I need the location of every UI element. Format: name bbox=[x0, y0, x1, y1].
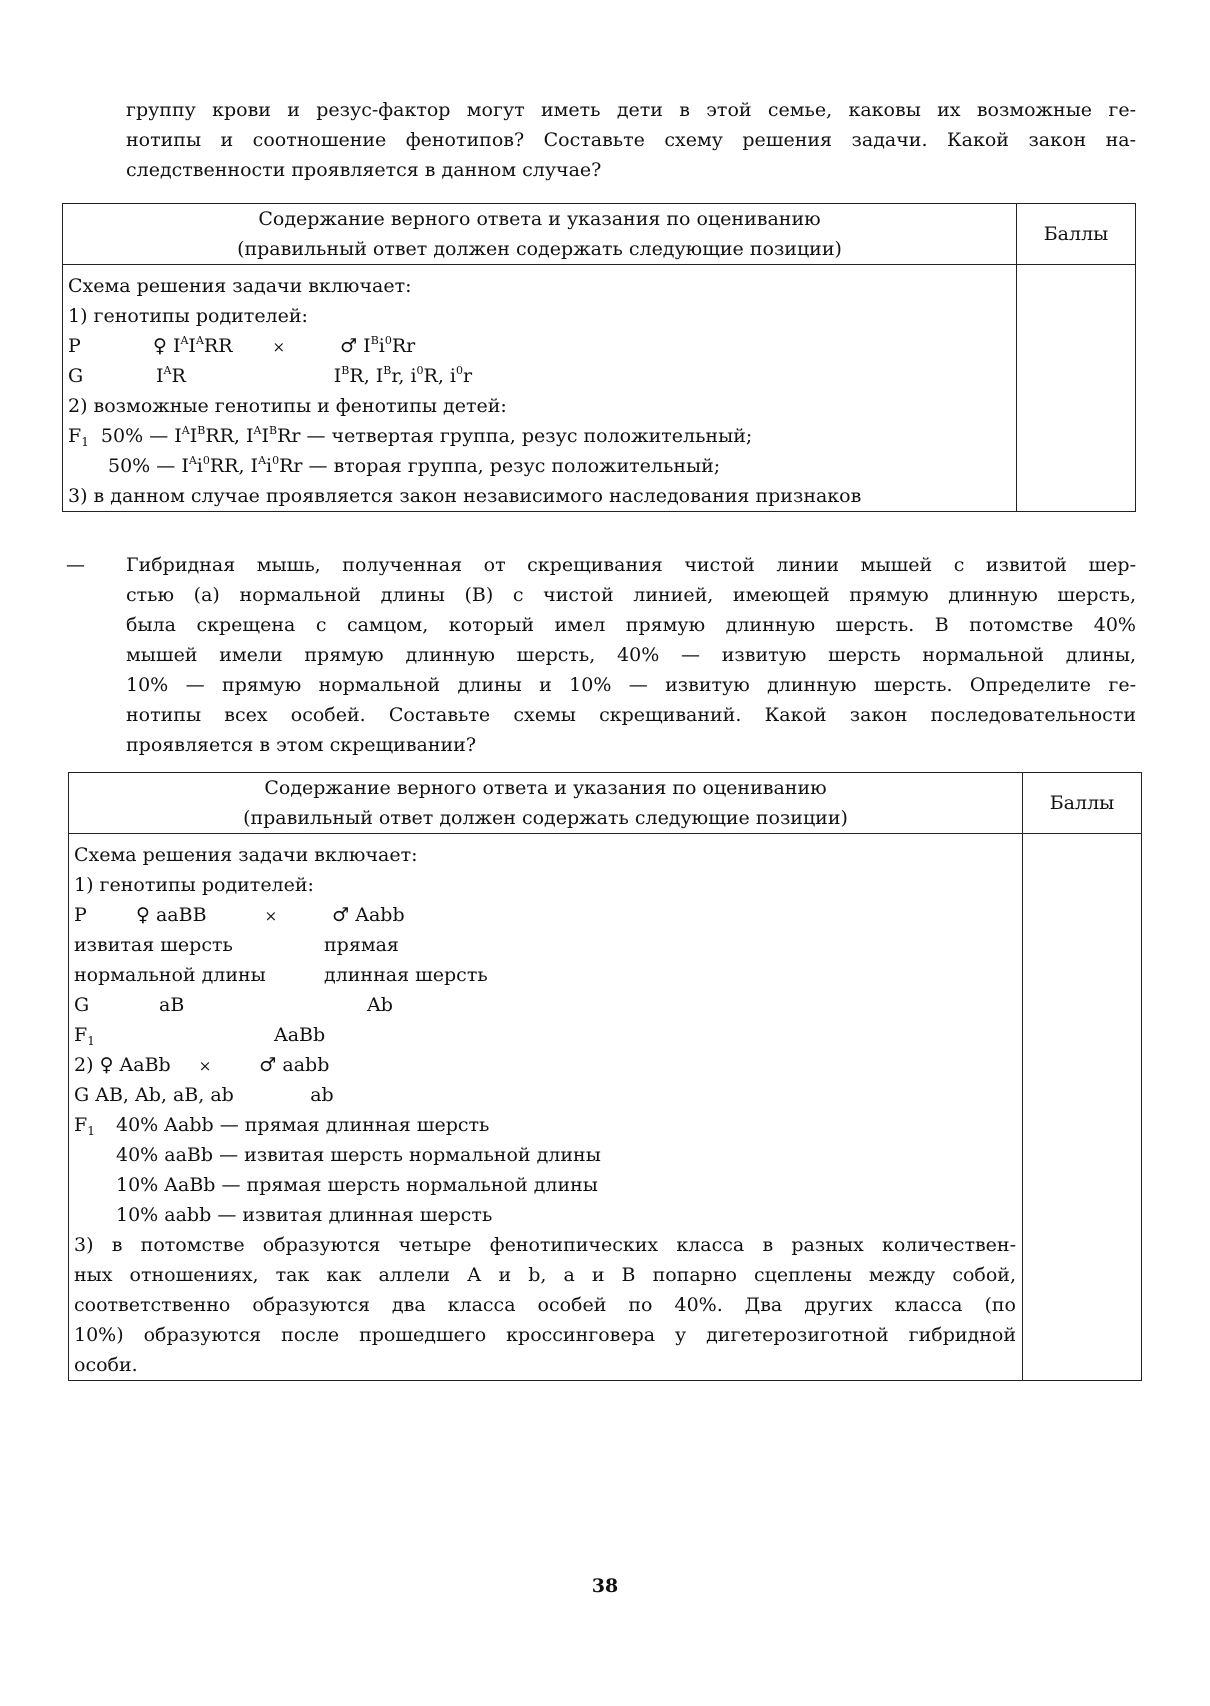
gametes-row: GIARIBR, IBr, i0R, i0r bbox=[68, 361, 1010, 391]
f1-subscript: 1 bbox=[87, 1034, 95, 1048]
paragraph-line: следственности проявляется в данном случ… bbox=[126, 155, 1136, 185]
f1-row1-percent: 50% bbox=[101, 425, 143, 447]
f1-row-1: F1 50% — IAIBRR, IAIBRr — четвертая груп… bbox=[68, 421, 1010, 451]
f1-label: F bbox=[74, 1114, 87, 1136]
offspring-genotype: Aabb bbox=[164, 1114, 213, 1136]
offspring-genotype: aaBb bbox=[164, 1144, 213, 1166]
cross-symbol: × bbox=[265, 907, 278, 925]
cross-symbol: × bbox=[273, 338, 286, 356]
task2-paragraph: Гибридная мышь, полученная от скрещивани… bbox=[126, 550, 1136, 760]
offspring-genotype: AaBb bbox=[164, 1174, 215, 1196]
f1-row2-percent: 50% bbox=[108, 455, 150, 477]
offspring-row: F140% Aabb — прямая длинная шерсть bbox=[74, 1110, 1016, 1140]
f1-row2-desc: — вторая группа, резус положительный; bbox=[309, 455, 721, 477]
g2-label: G bbox=[74, 1084, 89, 1106]
male-phenotype-2: длинная шерсть bbox=[324, 964, 488, 986]
male-genotype: Aabb bbox=[355, 904, 404, 926]
f1-genotype: AaBb bbox=[274, 1024, 325, 1046]
step1-label: 1) генотипы родителей: bbox=[74, 870, 1016, 900]
content-header-line1: Содержание верного ответа и указания по … bbox=[69, 773, 1022, 803]
g2-female-gametes: AB, Ab, aB, ab bbox=[95, 1080, 310, 1110]
offspring-percent: 10% bbox=[116, 1204, 158, 1226]
offspring-desc: — прямая шерсть нормальной длины bbox=[222, 1174, 598, 1196]
offspring-percent: 10% bbox=[116, 1174, 158, 1196]
offspring-row: 40% aaBb — извитая шерсть нормальной дли… bbox=[74, 1140, 1016, 1170]
parents-row: P♀ IAIARR×♂ IBi0Rr bbox=[68, 331, 1010, 361]
answer-table-2: Содержание верного ответа и указания по … bbox=[68, 772, 1142, 1381]
offspring-percent: 40% bbox=[116, 1114, 158, 1136]
cross-symbol: × bbox=[199, 1057, 212, 1075]
step3-text: 3) в данном случае проявляется закон нез… bbox=[68, 481, 1010, 511]
female-phenotype-1: извитая шерсть bbox=[74, 930, 324, 960]
paragraph-line: стью (а) нормальной длины (В) с чистой л… bbox=[126, 580, 1136, 610]
offspring-desc: — извитая шерсть нормальной длины bbox=[219, 1144, 601, 1166]
scheme-intro: Схема решения задачи включает: bbox=[68, 271, 1010, 301]
male-symbol-icon: ♂ bbox=[259, 1054, 276, 1076]
f1-subscript: 1 bbox=[87, 1124, 95, 1138]
f1-row-2: 50% — IAi0RR, IAi0Rr — вторая группа, ре… bbox=[68, 451, 1010, 481]
parents-row: P♀ aaBB×♂ Aabb bbox=[74, 900, 1016, 930]
female-genotype: aaBB bbox=[156, 904, 207, 926]
f1-label: F bbox=[68, 425, 81, 447]
intro-paragraph: группу крови и резус-фактор могут иметь … bbox=[126, 95, 1136, 185]
phenotype-row-2: нормальной длиныдлинная шерсть bbox=[74, 960, 1016, 990]
list-dash: — bbox=[66, 550, 85, 580]
f1-row: F1AaBb bbox=[74, 1020, 1016, 1050]
table-row: Схема решения задачи включает: 1) геноти… bbox=[69, 834, 1142, 1381]
phenotype-row-1: извитая шерстьпрямая bbox=[74, 930, 1016, 960]
content-header-line1: Содержание верного ответа и указания по … bbox=[63, 204, 1016, 234]
female-symbol-icon: ♀ bbox=[136, 904, 150, 926]
f1-subscript: 1 bbox=[81, 435, 89, 449]
paragraph-line: 10% — прямую нормальной длины и 10% — из… bbox=[126, 670, 1136, 700]
paragraph-line: нотипы всех особей. Составьте схемы скре… bbox=[126, 700, 1136, 730]
content-header: Содержание верного ответа и указания по … bbox=[69, 773, 1023, 834]
paragraph-line: нотипы и соотношение фенотипов? Составьт… bbox=[126, 125, 1136, 155]
page-number: 38 bbox=[0, 1575, 1210, 1597]
f1-row1-desc: — четвертая группа, резус положительный; bbox=[307, 425, 753, 447]
paragraph-line: Гибридная мышь, полученная от скрещивани… bbox=[126, 550, 1136, 580]
content-header: Содержание верного ответа и указания по … bbox=[63, 204, 1017, 265]
offspring-desc: — прямая длинная шерсть bbox=[220, 1114, 490, 1136]
answer-content-cell: Схема решения задачи включает: 1) геноти… bbox=[69, 834, 1023, 1381]
step2-male-genotype: aabb bbox=[282, 1054, 329, 1076]
offspring-row: 10% aabb — извитая длинная шерсть bbox=[74, 1200, 1016, 1230]
step2-label: 2) возможные генотипы и фенотипы детей: bbox=[68, 391, 1010, 421]
female-symbol-icon: ♀ bbox=[100, 1054, 114, 1076]
table-header-row: Содержание верного ответа и указания по … bbox=[63, 204, 1136, 265]
paragraph-line: была скрещена с самцом, который имел пря… bbox=[126, 610, 1136, 640]
step3-line: 3) в потомстве образуются четыре фенотип… bbox=[74, 1230, 1016, 1260]
table-header-row: Содержание верного ответа и указания по … bbox=[69, 773, 1142, 834]
paragraph-line: мышей имели прямую длинную шерсть, 40% —… bbox=[126, 640, 1136, 670]
step3-line: ных отношениях, так как аллели А и b, а … bbox=[74, 1260, 1016, 1290]
content-header-line2: (правильный ответ должен содержать следу… bbox=[63, 234, 1016, 264]
g-label: G bbox=[74, 990, 159, 1020]
table-row: Схема решения задачи включает: 1) геноти… bbox=[63, 265, 1136, 512]
g-label: G bbox=[68, 361, 156, 391]
p-label: P bbox=[74, 900, 136, 930]
step2-female-genotype: AaBb bbox=[120, 1054, 171, 1076]
female-symbol-icon: ♀ bbox=[153, 335, 167, 357]
f1-label: F bbox=[74, 1024, 87, 1046]
offspring-genotype: aabb bbox=[164, 1204, 211, 1226]
step2-cross-row: 2) ♀ AaBb×♂ aabb bbox=[74, 1050, 1016, 1080]
answer-table-1: Содержание верного ответа и указания по … bbox=[62, 203, 1136, 512]
male-phenotype-1: прямая bbox=[324, 934, 399, 956]
paragraph-line: проявляется в этом скрещивании? bbox=[126, 730, 1136, 760]
gametes-row: GaBAb bbox=[74, 990, 1016, 1020]
step3-line: особи. bbox=[74, 1350, 1016, 1380]
step1-label: 1) генотипы родителей: bbox=[68, 301, 1010, 331]
paragraph-line: группу крови и резус-фактор могут иметь … bbox=[126, 95, 1136, 125]
scheme-intro: Схема решения задачи включает: bbox=[74, 840, 1016, 870]
score-header: Баллы bbox=[1023, 773, 1142, 834]
score-cell bbox=[1023, 834, 1142, 1381]
p-label: P bbox=[68, 331, 153, 361]
male-symbol-icon: ♂ bbox=[340, 335, 357, 357]
offspring-desc: — извитая длинная шерсть bbox=[217, 1204, 492, 1226]
female-gamete: aB bbox=[159, 990, 367, 1020]
male-gamete: Ab bbox=[367, 994, 393, 1016]
content-header-line2: (правильный ответ должен содержать следу… bbox=[69, 803, 1022, 833]
offspring-percent: 40% bbox=[116, 1144, 158, 1166]
score-cell bbox=[1017, 265, 1136, 512]
step2-prefix: 2) bbox=[74, 1054, 94, 1076]
step3-line: 10%) образуются после прошедшего кроссин… bbox=[74, 1320, 1016, 1350]
g2-male-gametes: ab bbox=[310, 1084, 334, 1106]
score-header: Баллы bbox=[1017, 204, 1136, 265]
gametes-row-2: G AB, Ab, aB, abab bbox=[74, 1080, 1016, 1110]
offspring-row: 10% AaBb — прямая шерсть нормальной длин… bbox=[74, 1170, 1016, 1200]
step3-line: соответственно образуются два класса осо… bbox=[74, 1290, 1016, 1320]
female-phenotype-2: нормальной длины bbox=[74, 960, 324, 990]
answer-content-cell: Схема решения задачи включает: 1) геноти… bbox=[63, 265, 1017, 512]
male-symbol-icon: ♂ bbox=[332, 904, 349, 926]
